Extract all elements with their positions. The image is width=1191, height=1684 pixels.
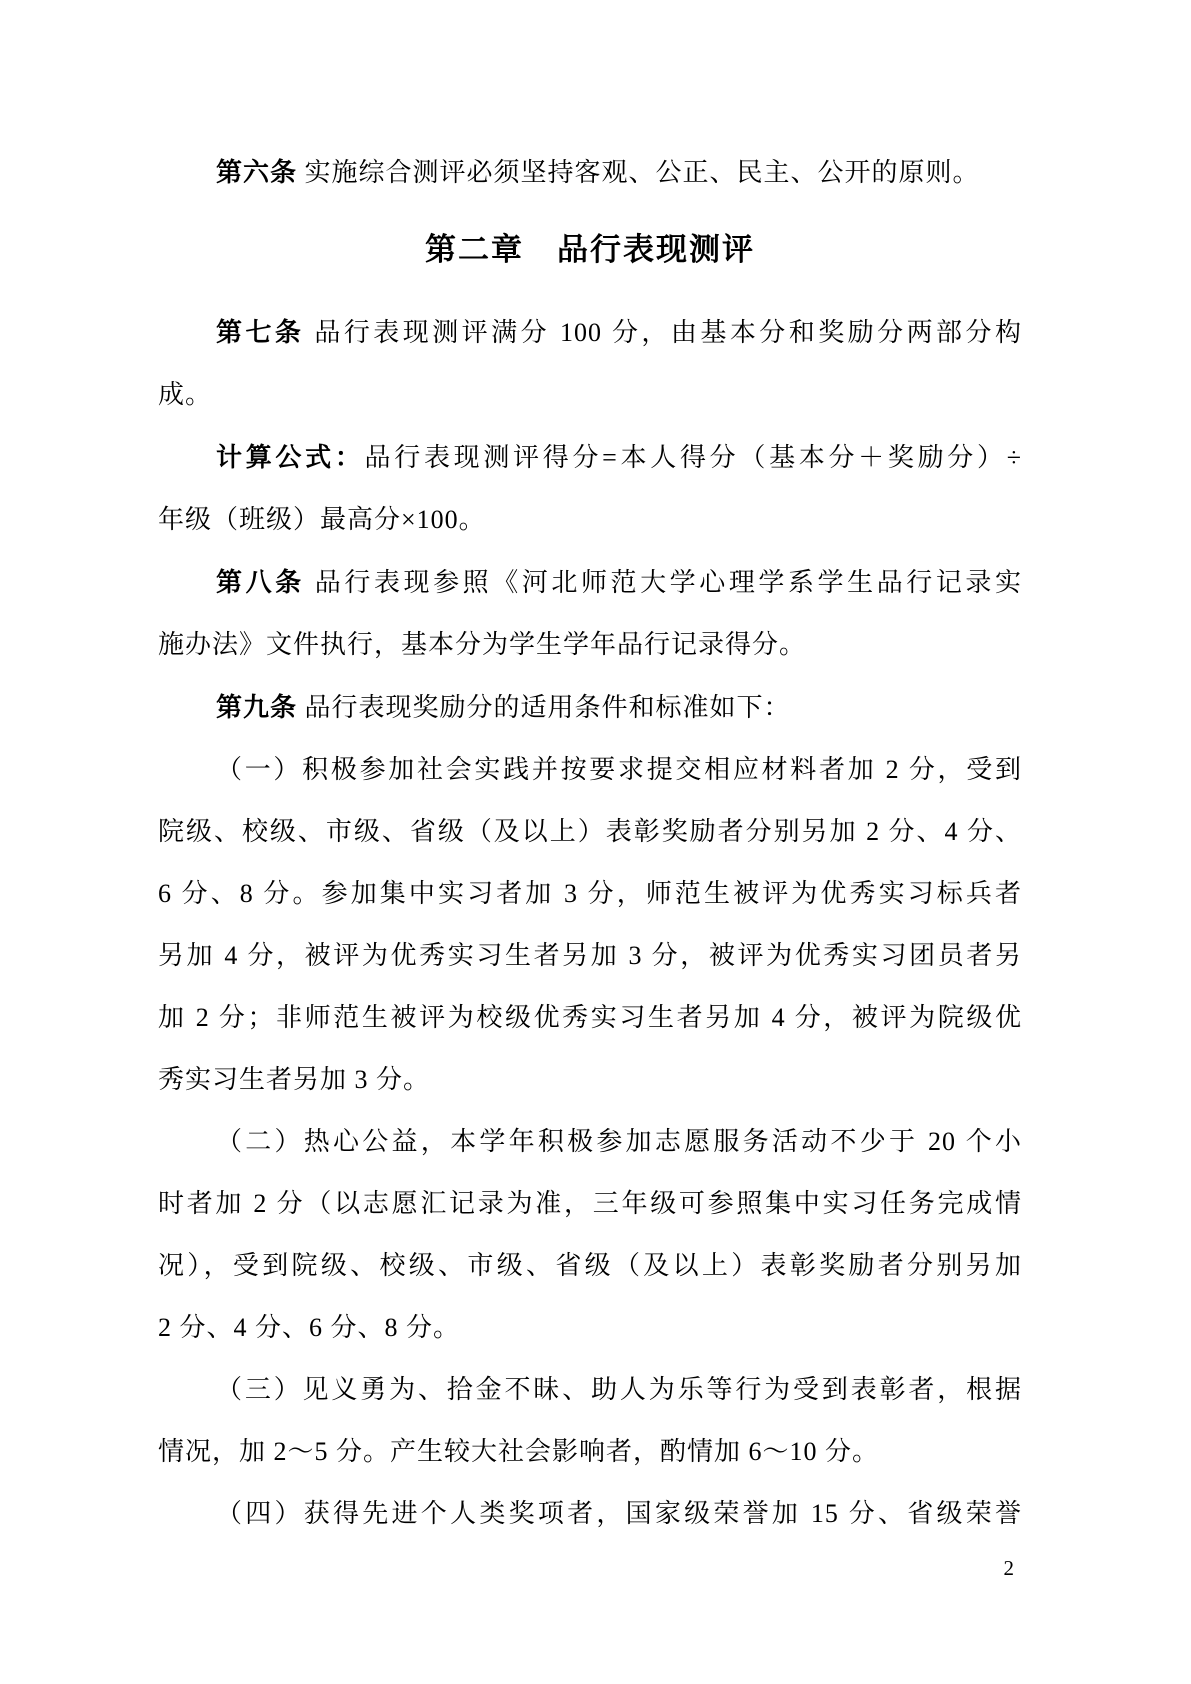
- bold-lead: 第六条: [216, 157, 297, 187]
- text-line: （一）积极参加社会实践并按要求提交相应材料者加 2 分，受到: [158, 739, 1022, 801]
- text-line: （二）热心公益，本学年积极参加志愿服务活动不少于 20 个小: [158, 1111, 1022, 1173]
- document-body: 第六条 实施综合测评必须坚持客观、公正、民主、公开的原则。第二章 品行表现测评第…: [158, 141, 1022, 1545]
- bold-lead: 第二章 品行表现测评: [425, 232, 755, 267]
- text-line: 第八条 品行表现参照《河北师范大学心理学系学生品行记录实: [158, 551, 1022, 614]
- text-line: 另加 4 分，被评为优秀实习生者另加 3 分，被评为优秀实习团员者另: [158, 925, 1022, 987]
- text-line: 2 分、4 分、6 分、8 分。: [158, 1297, 1022, 1359]
- text-line: （三）见义勇为、拾金不昧、助人为乐等行为受到表彰者，根据: [158, 1359, 1022, 1421]
- text-line: 时者加 2 分（以志愿汇记录为准，三年级可参照集中实习任务完成情: [158, 1173, 1022, 1235]
- text-line: 加 2 分；非师范生被评为校级优秀实习生者另加 4 分，被评为院级优: [158, 987, 1022, 1049]
- text-line: 计算公式：品行表现测评得分=本人得分（基本分＋奖励分）÷: [158, 426, 1022, 489]
- bold-lead: 第九条: [216, 692, 297, 722]
- text-line: 院级、校级、市级、省级（及以上）表彰奖励者分别另加 2 分、4 分、: [158, 801, 1022, 863]
- text-line: 第九条 品行表现奖励分的适用条件和标准如下：: [158, 676, 1022, 739]
- text-line: 6 分、8 分。参加集中实习者加 3 分，师范生被评为优秀实习标兵者: [158, 863, 1022, 925]
- document-page: 第六条 实施综合测评必须坚持客观、公正、民主、公开的原则。第二章 品行表现测评第…: [0, 0, 1191, 1684]
- bold-lead: 第七条: [216, 317, 304, 347]
- text-line: 第六条 实施综合测评必须坚持客观、公正、民主、公开的原则。: [158, 141, 1022, 204]
- text-line: （四）获得先进个人类奖项者，国家级荣誉加 15 分、省级荣誉: [158, 1483, 1022, 1545]
- text-line: 秀实习生者另加 3 分。: [158, 1049, 1022, 1111]
- chapter-heading: 第二章 品行表现测评: [158, 219, 1022, 281]
- bold-lead: 计算公式：: [216, 442, 365, 472]
- text-line: 情况，加 2～5 分。产生较大社会影响者，酌情加 6～10 分。: [158, 1421, 1022, 1483]
- text-line: 年级（班级）最高分×100。: [158, 489, 1022, 551]
- text-line: 施办法》文件执行，基本分为学生学年品行记录得分。: [158, 614, 1022, 676]
- page-number: 2: [0, 1553, 1014, 1583]
- text-line: 成。: [158, 364, 1022, 426]
- bold-lead: 第八条: [216, 567, 305, 597]
- text-line: 况），受到院级、校级、市级、省级（及以上）表彰奖励者分别另加: [158, 1235, 1022, 1297]
- text-line: 第七条 品行表现测评满分 100 分，由基本分和奖励分两部分构: [158, 301, 1022, 364]
